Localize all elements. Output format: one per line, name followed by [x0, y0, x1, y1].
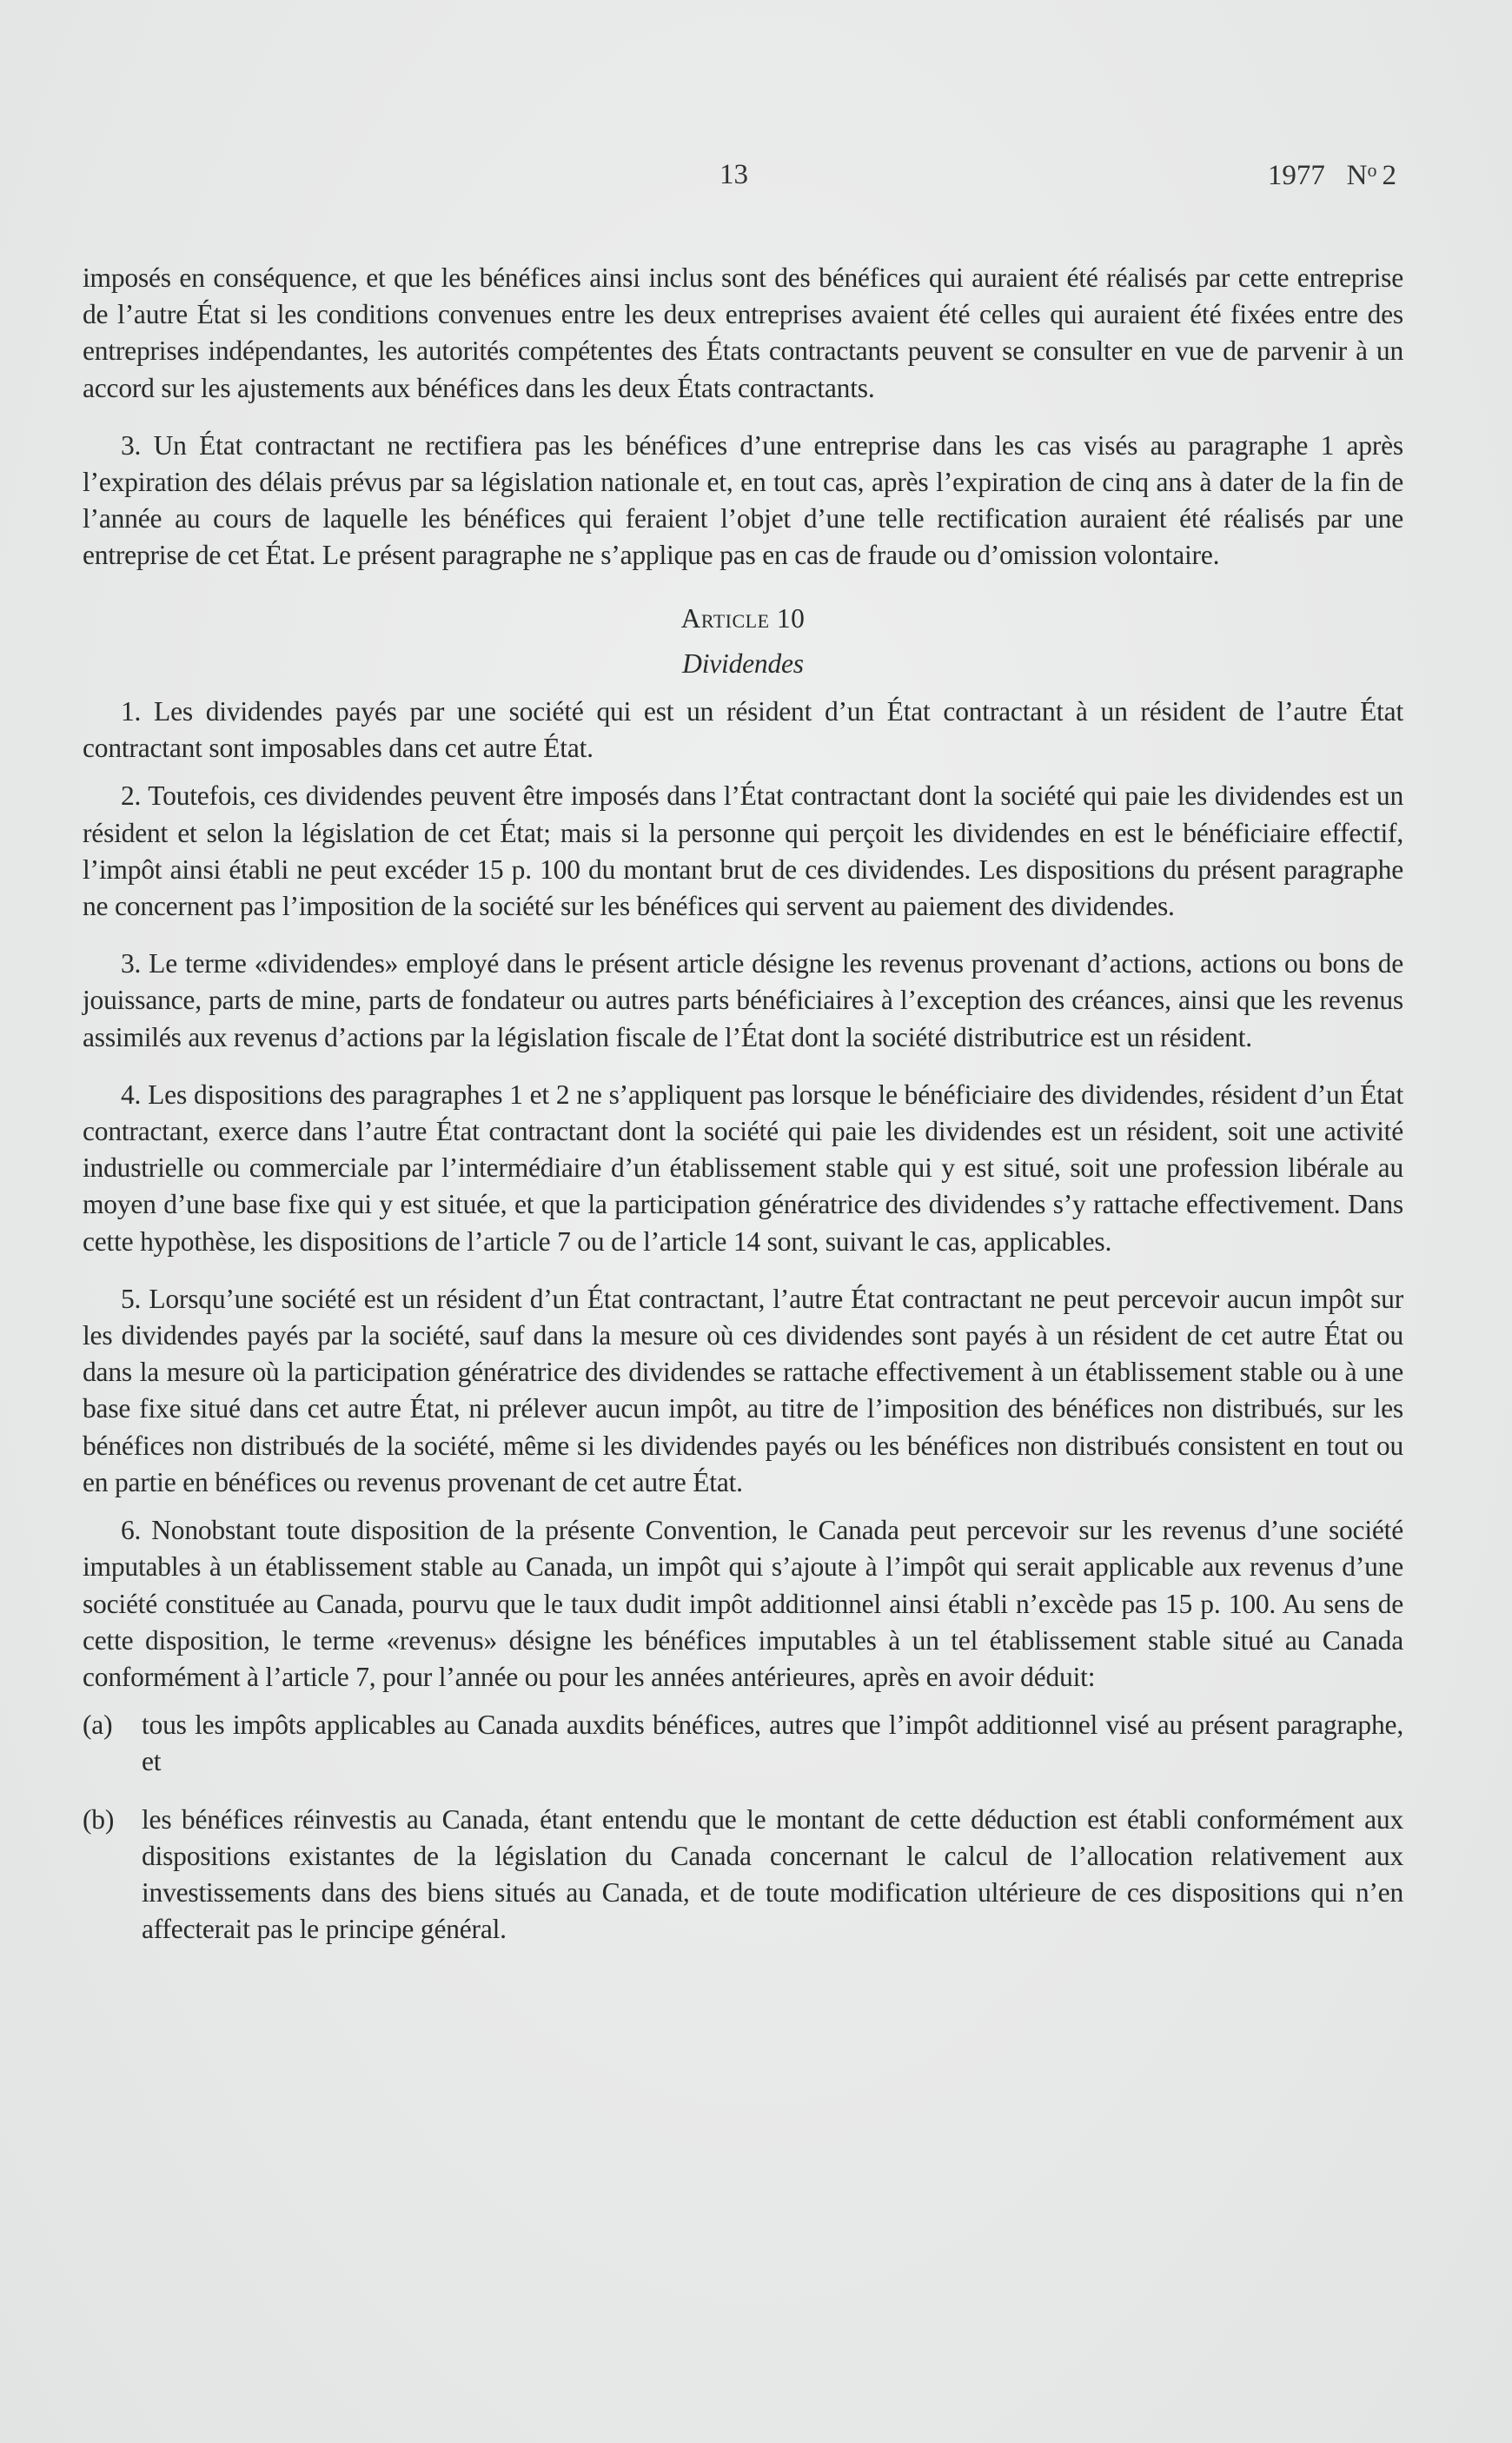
- sub-item-b: (b) les bénéfices réinvestis au Canada, …: [83, 1802, 1403, 1948]
- sub-item-marker: (b): [83, 1802, 114, 1838]
- paragraph-6: 6. Nonobstant toute disposition de la pr…: [83, 1512, 1403, 1696]
- sub-item-marker: (a): [83, 1707, 112, 1743]
- article-heading: Article 10: [83, 601, 1403, 637]
- sub-item-text: les bénéfices réinvestis au Canada, étan…: [142, 1804, 1403, 1945]
- series-year: 1977: [1268, 160, 1325, 191]
- sub-item-a: (a) tous les impôts applicables au Canad…: [83, 1707, 1403, 1780]
- series-number-sup: o: [1368, 159, 1377, 181]
- article9-paragraph-3: 3. Un État contractant ne rectifiera pas…: [83, 428, 1403, 574]
- series-number-prefix: N: [1347, 160, 1368, 191]
- paragraph-2: 2. Toutefois, ces dividendes peuvent êtr…: [83, 778, 1403, 925]
- page-header: 13 1977 No2: [83, 159, 1403, 194]
- series-number: 1977 No2: [1268, 159, 1396, 192]
- article-title: Dividendes: [83, 646, 1403, 682]
- page-number: 13: [720, 159, 748, 191]
- paragraph-5: 5. Lorsqu’une société est un résident d’…: [83, 1281, 1403, 1501]
- paragraph-1: 1. Les dividendes payés par une société …: [83, 694, 1403, 767]
- series-number-value: 2: [1383, 160, 1397, 191]
- continued-paragraph: imposés en conséquence, et que les bénéf…: [83, 260, 1403, 407]
- document-body: imposés en conséquence, et que les bénéf…: [83, 260, 1403, 1948]
- paragraph-3: 3. Le terme «dividendes» employé dans le…: [83, 946, 1403, 1056]
- sub-item-text: tous les impôts applicables au Canada au…: [142, 1709, 1403, 1776]
- paragraph-4: 4. Les dispositions des paragraphes 1 et…: [83, 1077, 1403, 1260]
